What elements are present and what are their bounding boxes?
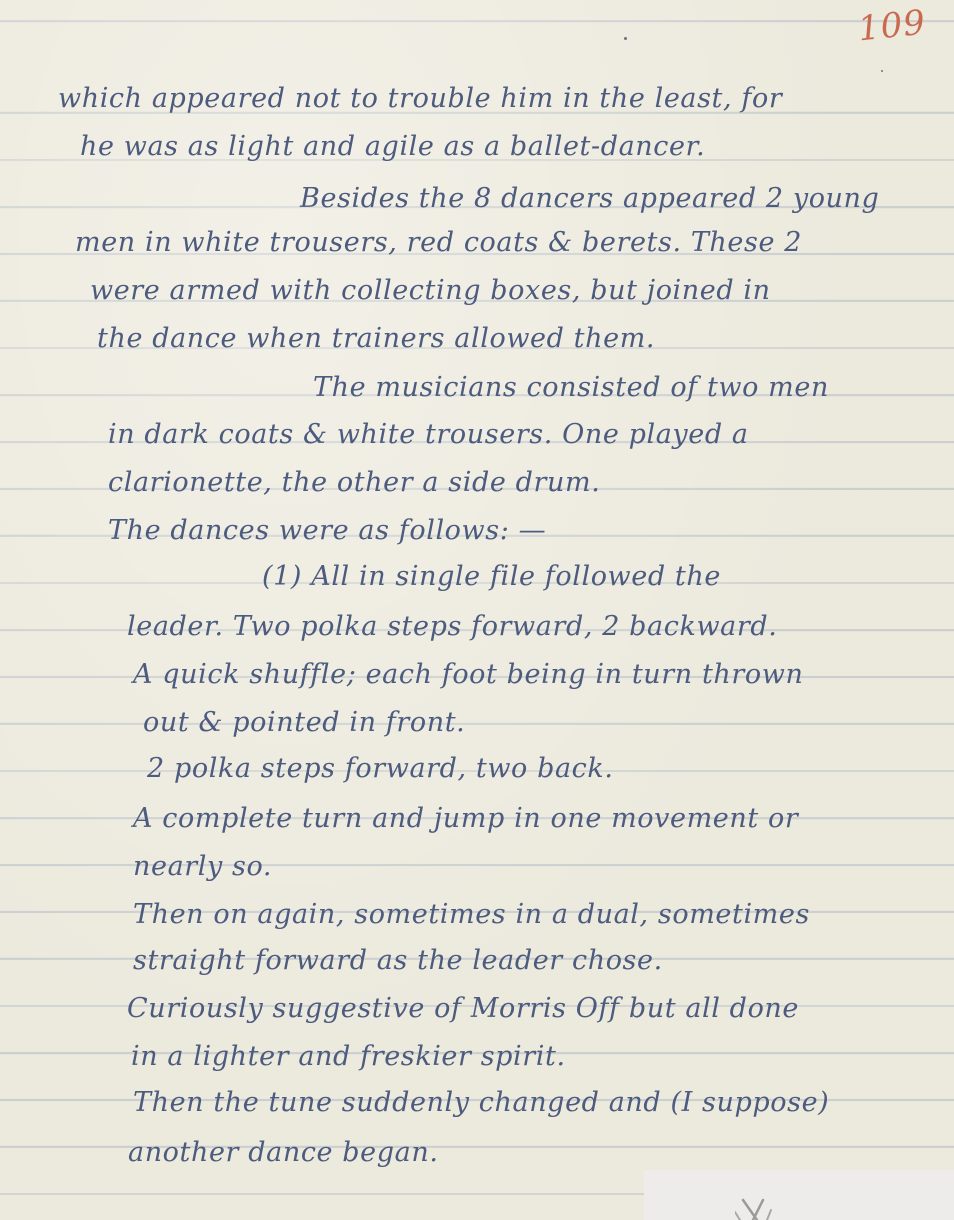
numbered-item-line: (1) All in single file followed the <box>262 562 721 592</box>
text-line: were armed with collecting boxes, but jo… <box>90 276 771 306</box>
text-line: men in white trousers, red coats & beret… <box>75 228 802 258</box>
text-line: Then on again, sometimes in a dual, some… <box>133 900 810 930</box>
text-line: Curiously suggestive of Morris Off but a… <box>127 994 799 1024</box>
text-line: in dark coats & white trousers. One play… <box>108 420 749 450</box>
ink-speck <box>624 37 627 40</box>
text-line: the dance when trainers allowed them. <box>97 324 655 354</box>
text-line: The dances were as follows: — <box>108 516 546 546</box>
manuscript-page: 109 which appeared not to trouble him in… <box>0 0 954 1220</box>
text-line: another dance began. <box>128 1138 439 1168</box>
text-line: leader. Two polka steps forward, 2 backw… <box>127 612 777 642</box>
scan-corner-patch <box>644 1170 954 1220</box>
text-line: 2 polka steps forward, two back. <box>147 754 614 784</box>
text-line: nearly so. <box>133 852 272 882</box>
ink-speck <box>881 70 883 72</box>
page-number: 109 <box>856 3 928 50</box>
text-line: Then the tune suddenly changed and (I su… <box>133 1088 829 1118</box>
text-line: A quick shuffle; each foot being in turn… <box>133 660 803 690</box>
text-line: in a lighter and freskier spirit. <box>131 1042 566 1072</box>
text-line: which appeared not to trouble him in the… <box>58 84 782 114</box>
paragraph-start-line: The musicians consisted of two men <box>313 373 829 403</box>
text-line: straight forward as the leader chose. <box>133 946 663 976</box>
text-line: out & pointed in front. <box>143 708 465 738</box>
text-line: clarionette, the other a side drum. <box>108 468 600 498</box>
paragraph-start-line: Besides the 8 dancers appeared 2 young <box>300 184 879 214</box>
text-line: A complete turn and jump in one movement… <box>133 804 798 834</box>
crossed-strokes-mark-icon <box>735 1198 775 1220</box>
text-line: he was as light and agile as a ballet-da… <box>80 132 705 162</box>
